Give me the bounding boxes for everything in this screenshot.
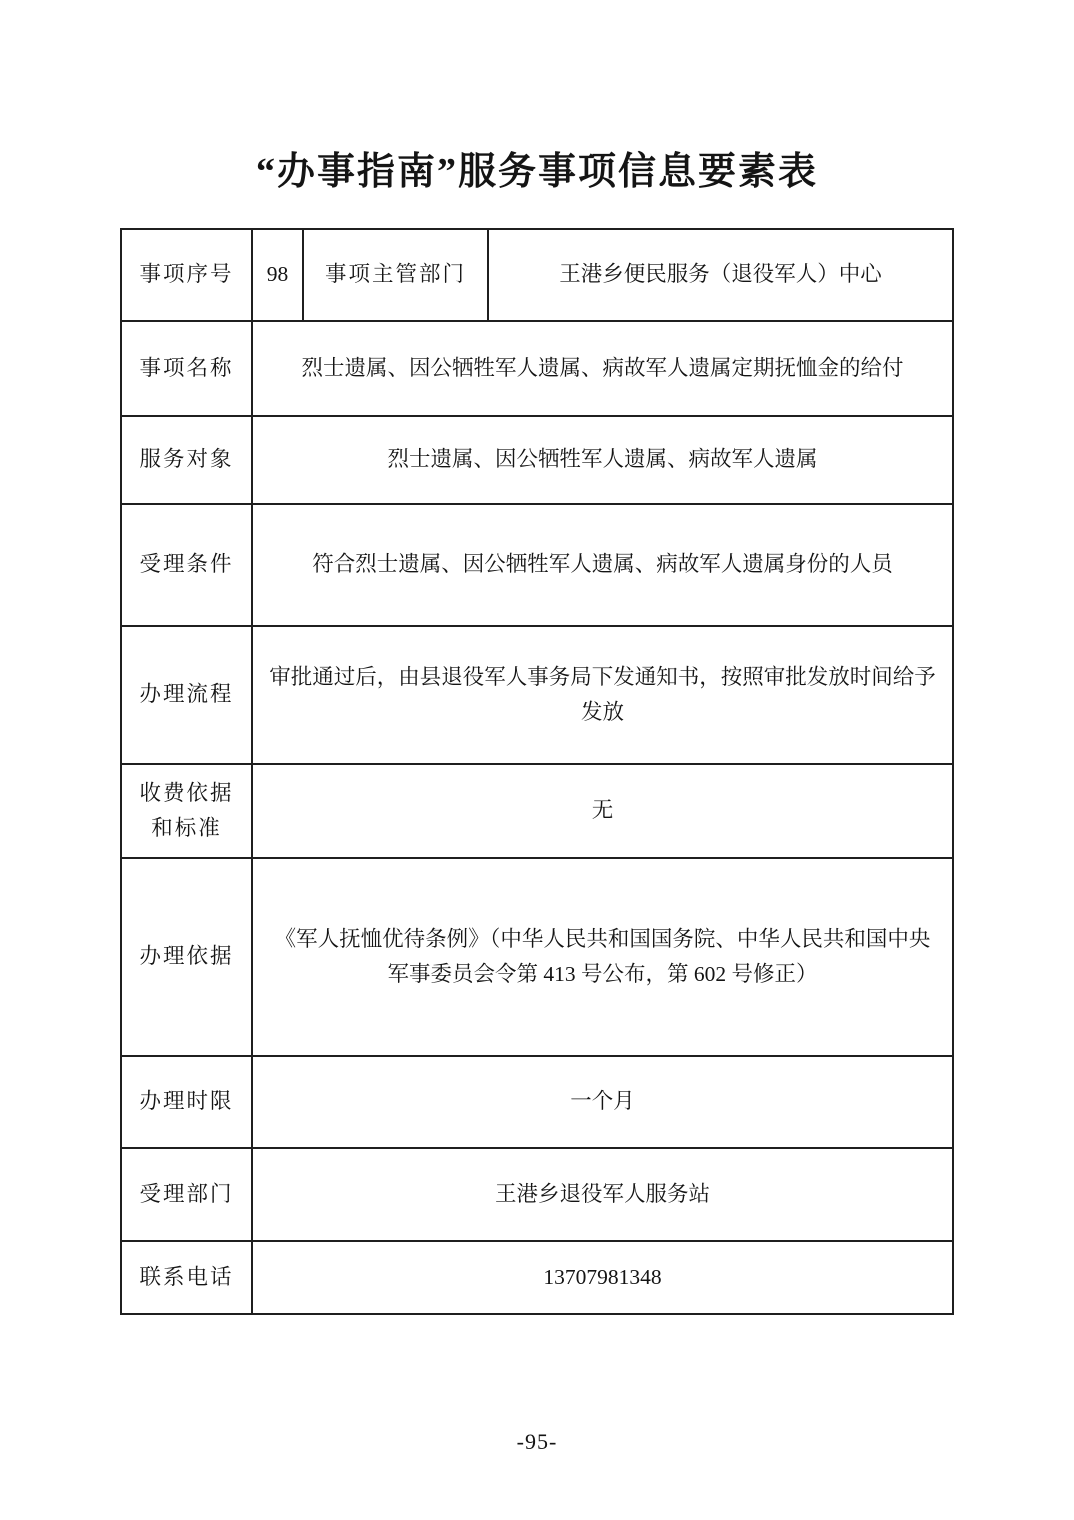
serial-number-value: 98 bbox=[252, 229, 303, 321]
row-label: 受理部门 bbox=[121, 1148, 252, 1241]
row-label: 办理时限 bbox=[121, 1056, 252, 1148]
table-row-service-target: 服务对象 烈士遗属、因公牺牲军人遗属、病故军人遗属 bbox=[121, 416, 953, 504]
table-row-process: 办理流程 审批通过后，由县退役军人事务局下发通知书，按照审批发放时间给予发放 bbox=[121, 626, 953, 764]
row-value: 《军人抚恤优待条例》（中华人民共和国国务院、中华人民共和国中央军事委员会令第 4… bbox=[252, 858, 953, 1056]
service-info-table: 事项序号 98 事项主管部门 王港乡便民服务（退役军人）中心 事项名称 烈士遗属… bbox=[120, 228, 954, 1315]
row-value: 一个月 bbox=[252, 1056, 953, 1148]
row-value: 13707981348 bbox=[252, 1241, 953, 1314]
page-title: “办事指南”服务事项信息要素表 bbox=[0, 150, 1074, 196]
row-value: 审批通过后，由县退役军人事务局下发通知书，按照审批发放时间给予发放 bbox=[252, 626, 953, 764]
row-label: 事项名称 bbox=[121, 321, 252, 416]
row-value: 烈士遗属、因公牺牲军人遗属、病故军人遗属 bbox=[252, 416, 953, 504]
document-page: “办事指南”服务事项信息要素表 事项序号 98 事项主管部门 王港乡便民服务（退… bbox=[0, 0, 1074, 1520]
table-row-time-limit: 办理时限 一个月 bbox=[121, 1056, 953, 1148]
page-number: -95- bbox=[0, 1429, 1074, 1455]
department-value: 王港乡便民服务（退役军人）中心 bbox=[488, 229, 953, 321]
row-value: 烈士遗属、因公牺牲军人遗属、病故军人遗属定期抚恤金的给付 bbox=[252, 321, 953, 416]
row-label: 联系电话 bbox=[121, 1241, 252, 1314]
table-row-legal-basis: 办理依据 《军人抚恤优待条例》（中华人民共和国国务院、中华人民共和国中央军事委员… bbox=[121, 858, 953, 1056]
row-label: 服务对象 bbox=[121, 416, 252, 504]
serial-number-label: 事项序号 bbox=[121, 229, 252, 321]
department-label: 事项主管部门 bbox=[303, 229, 488, 321]
row-label: 收费依据和标准 bbox=[121, 764, 252, 858]
row-value: 无 bbox=[252, 764, 953, 858]
row-value: 符合烈士遗属、因公牺牲军人遗属、病故军人遗属身份的人员 bbox=[252, 504, 953, 626]
table-row-serial: 事项序号 98 事项主管部门 王港乡便民服务（退役军人）中心 bbox=[121, 229, 953, 321]
table-row-acceptance-conditions: 受理条件 符合烈士遗属、因公牺牲军人遗属、病故军人遗属身份的人员 bbox=[121, 504, 953, 626]
table-row-accepting-department: 受理部门 王港乡退役军人服务站 bbox=[121, 1148, 953, 1241]
row-value: 王港乡退役军人服务站 bbox=[252, 1148, 953, 1241]
row-label: 受理条件 bbox=[121, 504, 252, 626]
table-row-fee-basis: 收费依据和标准 无 bbox=[121, 764, 953, 858]
row-label: 办理依据 bbox=[121, 858, 252, 1056]
table-row-item-name: 事项名称 烈士遗属、因公牺牲军人遗属、病故军人遗属定期抚恤金的给付 bbox=[121, 321, 953, 416]
row-label: 办理流程 bbox=[121, 626, 252, 764]
table-row-contact-phone: 联系电话 13707981348 bbox=[121, 1241, 953, 1314]
